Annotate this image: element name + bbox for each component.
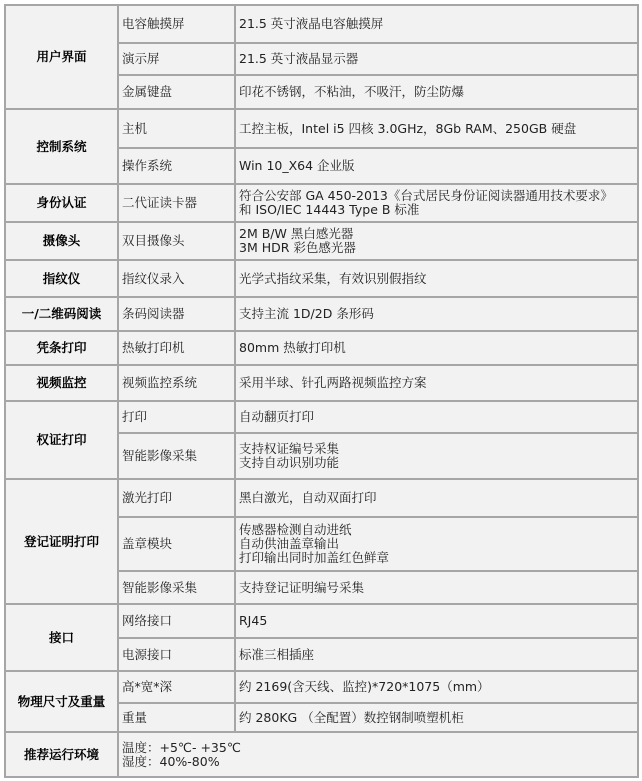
item-label: 电源接口	[118, 638, 235, 671]
item-value: 80mm 热敏打印机	[235, 331, 638, 365]
item-value: 支持主流 1D/2D 条形码	[235, 297, 638, 331]
item-value: 约 2169(含天线、监控)*720*1075（mm）	[235, 671, 638, 703]
category-registration-print: 登记证明打印	[5, 479, 118, 604]
table-row: 权证打印 打印 自动翻页打印	[5, 401, 638, 433]
table-row: 凭条打印 热敏打印机 80mm 热敏打印机	[5, 331, 638, 365]
table-row: 用户界面 电容触摸屏 21.5 英寸液晶电容触摸屏	[5, 5, 638, 43]
category-barcode: 一/二维码阅读	[5, 297, 118, 331]
category-fingerprint: 指纹仪	[5, 260, 118, 297]
item-label: 视频监控系统	[118, 365, 235, 401]
item-label: 操作系统	[118, 148, 235, 184]
item-value: RJ45	[235, 604, 638, 638]
item-value: 光学式指纹采集，有效识别假指纹	[235, 260, 638, 297]
item-value: 21.5 英寸液晶显示器	[235, 43, 638, 75]
item-value: 符合公安部 GA 450-2013《台式居民身份证阅读器通用技术要求》 和 IS…	[235, 184, 638, 222]
category-operating-environment: 推荐运行环境	[5, 732, 118, 777]
item-label: 演示屏	[118, 43, 235, 75]
item-value: 约 280KG （全配置）数控钢制喷塑机柜	[235, 703, 638, 732]
item-label: 重量	[118, 703, 235, 732]
environment-value: 温度：+5℃- +35℃ 湿度：40%-80%	[118, 732, 638, 777]
item-value: 印花不锈钢，不粘油，不吸汗，防尘防爆	[235, 75, 638, 109]
spec-table: 用户界面 电容触摸屏 21.5 英寸液晶电容触摸屏 演示屏 21.5 英寸液晶显…	[4, 4, 639, 778]
category-receipt-print: 凭条打印	[5, 331, 118, 365]
category-camera: 摄像头	[5, 222, 118, 260]
item-label: 网络接口	[118, 604, 235, 638]
table-row: 一/二维码阅读 条码阅读器 支持主流 1D/2D 条形码	[5, 297, 638, 331]
item-value: 传感器检测自动进纸 自动供油盖章输出 打印输出同时加盖红色鲜章	[235, 517, 638, 571]
item-label: 金属键盘	[118, 75, 235, 109]
item-value: 2M B/W 黑白感光器 3M HDR 彩色感光器	[235, 222, 638, 260]
table-row: 视频监控 视频监控系统 采用半球、针孔两路视频监控方案	[5, 365, 638, 401]
item-value: 采用半球、针孔两路视频监控方案	[235, 365, 638, 401]
category-dimensions-weight: 物理尺寸及重量	[5, 671, 118, 732]
item-value: Win 10_X64 企业版	[235, 148, 638, 184]
item-label: 激光打印	[118, 479, 235, 517]
table-row: 接口 网络接口 RJ45	[5, 604, 638, 638]
category-identity: 身份认证	[5, 184, 118, 222]
table-row: 指纹仪 指纹仪录入 光学式指纹采集，有效识别假指纹	[5, 260, 638, 297]
table-row: 身份认证 二代证读卡器 符合公安部 GA 450-2013《台式居民身份证阅读器…	[5, 184, 638, 222]
table-row: 登记证明打印 激光打印 黑白激光，自动双面打印	[5, 479, 638, 517]
item-label: 智能影像采集	[118, 571, 235, 604]
item-label: 电容触摸屏	[118, 5, 235, 43]
item-label: 条码阅读器	[118, 297, 235, 331]
category-user-interface: 用户界面	[5, 5, 118, 109]
table-row: 摄像头 双目摄像头 2M B/W 黑白感光器 3M HDR 彩色感光器	[5, 222, 638, 260]
item-label: 二代证读卡器	[118, 184, 235, 222]
item-value: 支持权证编号采集 支持自动识别功能	[235, 433, 638, 479]
table-row: 控制系统 主机 工控主板，Intel i5 四核 3.0GHz，8Gb RAM、…	[5, 109, 638, 148]
item-label: 盖章模块	[118, 517, 235, 571]
item-label: 智能影像采集	[118, 433, 235, 479]
item-label: 高*宽*深	[118, 671, 235, 703]
item-value: 黑白激光，自动双面打印	[235, 479, 638, 517]
table-row: 推荐运行环境 温度：+5℃- +35℃ 湿度：40%-80%	[5, 732, 638, 777]
item-label: 主机	[118, 109, 235, 148]
category-control-system: 控制系统	[5, 109, 118, 184]
item-label: 打印	[118, 401, 235, 433]
category-video-surveillance: 视频监控	[5, 365, 118, 401]
item-label: 指纹仪录入	[118, 260, 235, 297]
category-certificate-print: 权证打印	[5, 401, 118, 479]
item-value: 标准三相插座	[235, 638, 638, 671]
category-interface: 接口	[5, 604, 118, 671]
table-row: 物理尺寸及重量 高*宽*深 约 2169(含天线、监控)*720*1075（mm…	[5, 671, 638, 703]
item-label: 双目摄像头	[118, 222, 235, 260]
item-label: 热敏打印机	[118, 331, 235, 365]
item-value: 自动翻页打印	[235, 401, 638, 433]
item-value: 工控主板，Intel i5 四核 3.0GHz，8Gb RAM、250GB 硬盘	[235, 109, 638, 148]
item-value: 支持登记证明编号采集	[235, 571, 638, 604]
item-value: 21.5 英寸液晶电容触摸屏	[235, 5, 638, 43]
